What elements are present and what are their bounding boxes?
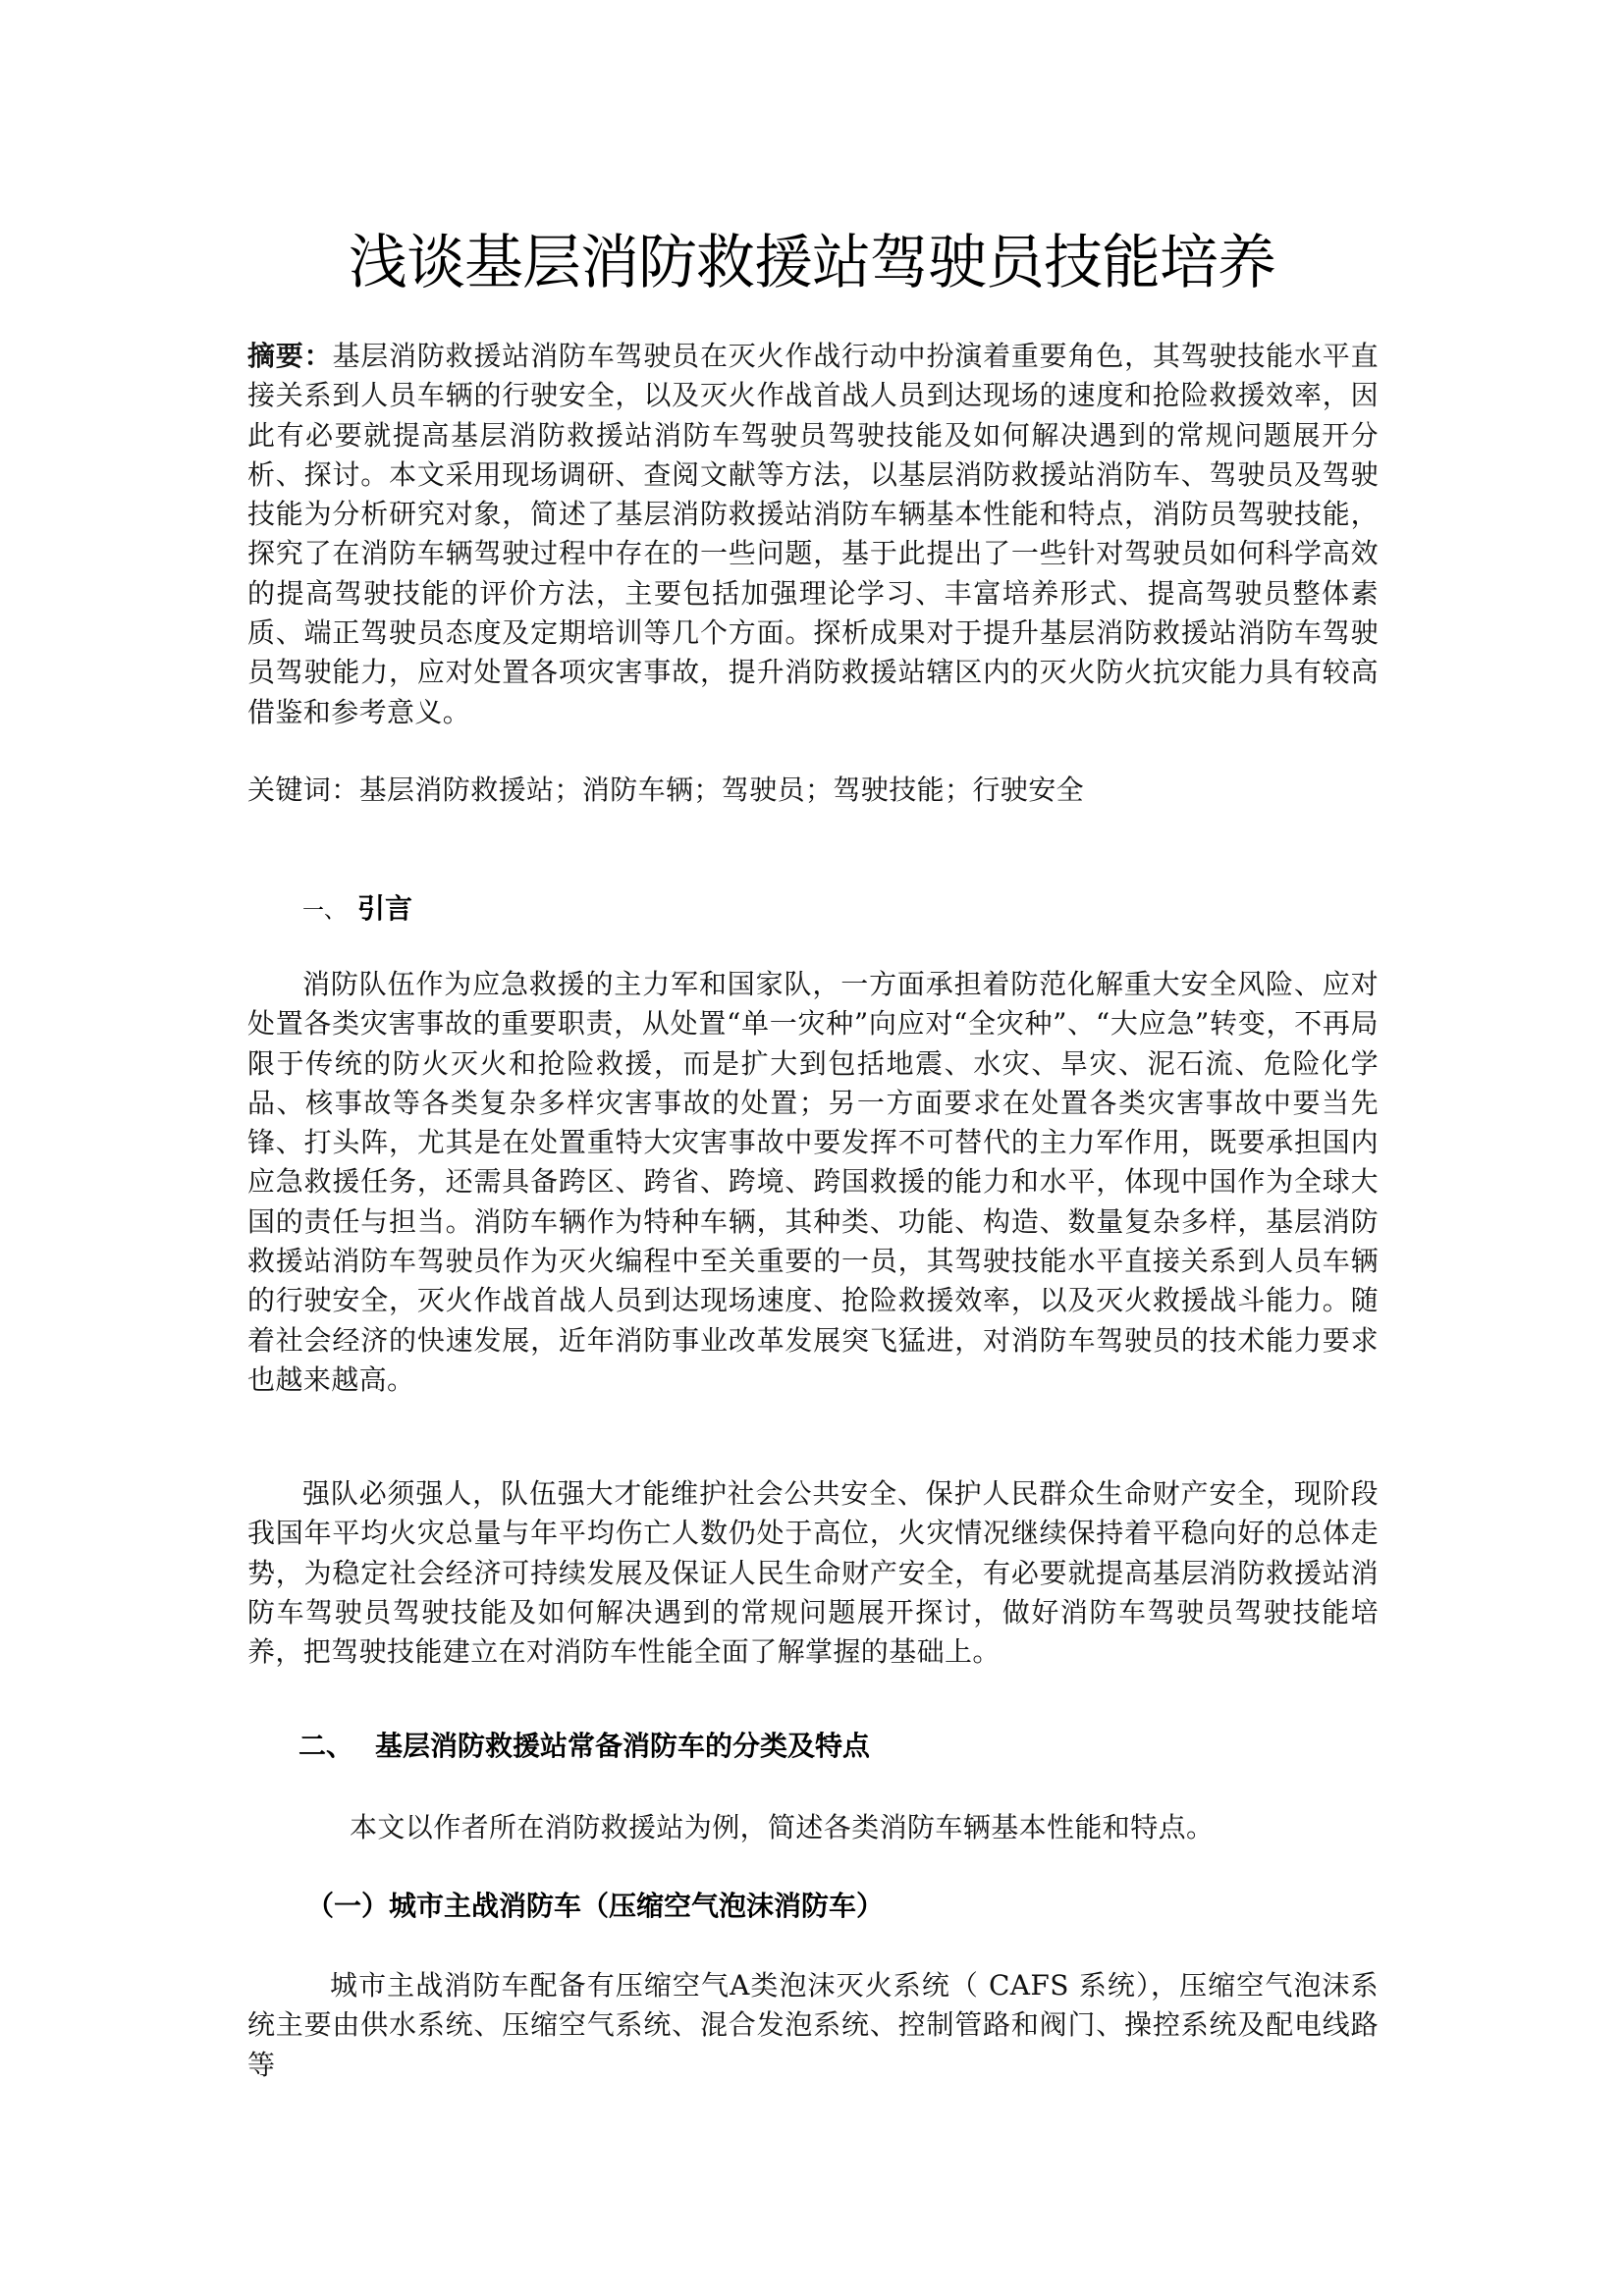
abstract-text: 基层消防救援站消防车驾驶员在灭火作战行动中扮演着重要角色，其驾驶技能水平直接关系… [247, 340, 1379, 728]
intro-paragraph-2: 强队必须强人，队伍强大才能维护社会公共安全、保护人民群众生命财产安全，现阶段我国… [247, 1474, 1379, 1672]
intro-paragraph-1: 消防队伍作为应急救援的主力军和国家队，一方面承担着防范化解重大安全风险、应对处置… [247, 965, 1379, 1400]
keywords: 关键词：基层消防救援站；消防车辆；驾驶员；驾驶技能；行驶安全 [247, 771, 1379, 810]
section-heading-classification: 二、基层消防救援站常备消防车的分类及特点 [298, 1727, 870, 1766]
section-number: 二、 [298, 1730, 353, 1762]
subsection-heading-main-truck: （一）城市主战消防车（压缩空气泡沫消防车） [306, 1887, 884, 1926]
section-heading-intro: 一、引言 [302, 889, 412, 932]
section-title: 基层消防救援站常备消防车的分类及特点 [375, 1730, 870, 1762]
main-truck-paragraph: 城市主战消防车配备有压缩空气A类泡沫灭火系统（ CAFS 系统），压缩空气泡沫系… [247, 1966, 1379, 2085]
abstract-label: 摘要： [247, 340, 332, 372]
classification-intro: 本文以作者所在消防救援站为例，简述各类消防车辆基本性能和特点。 [350, 1808, 1380, 1847]
abstract: 摘要：基层消防救援站消防车驾驶员在灭火作战行动中扮演着重要角色，其驾驶技能水平直… [247, 337, 1379, 732]
section-number: 一、 [302, 899, 346, 924]
document-page: 浅谈基层消防救援站驾驶员技能培养 摘要：基层消防救援站消防车驾驶员在灭火作战行动… [0, 0, 1624, 2296]
document-title: 浅谈基层消防救援站驾驶员技能培养 [0, 224, 1624, 302]
section-title: 引言 [357, 892, 412, 925]
